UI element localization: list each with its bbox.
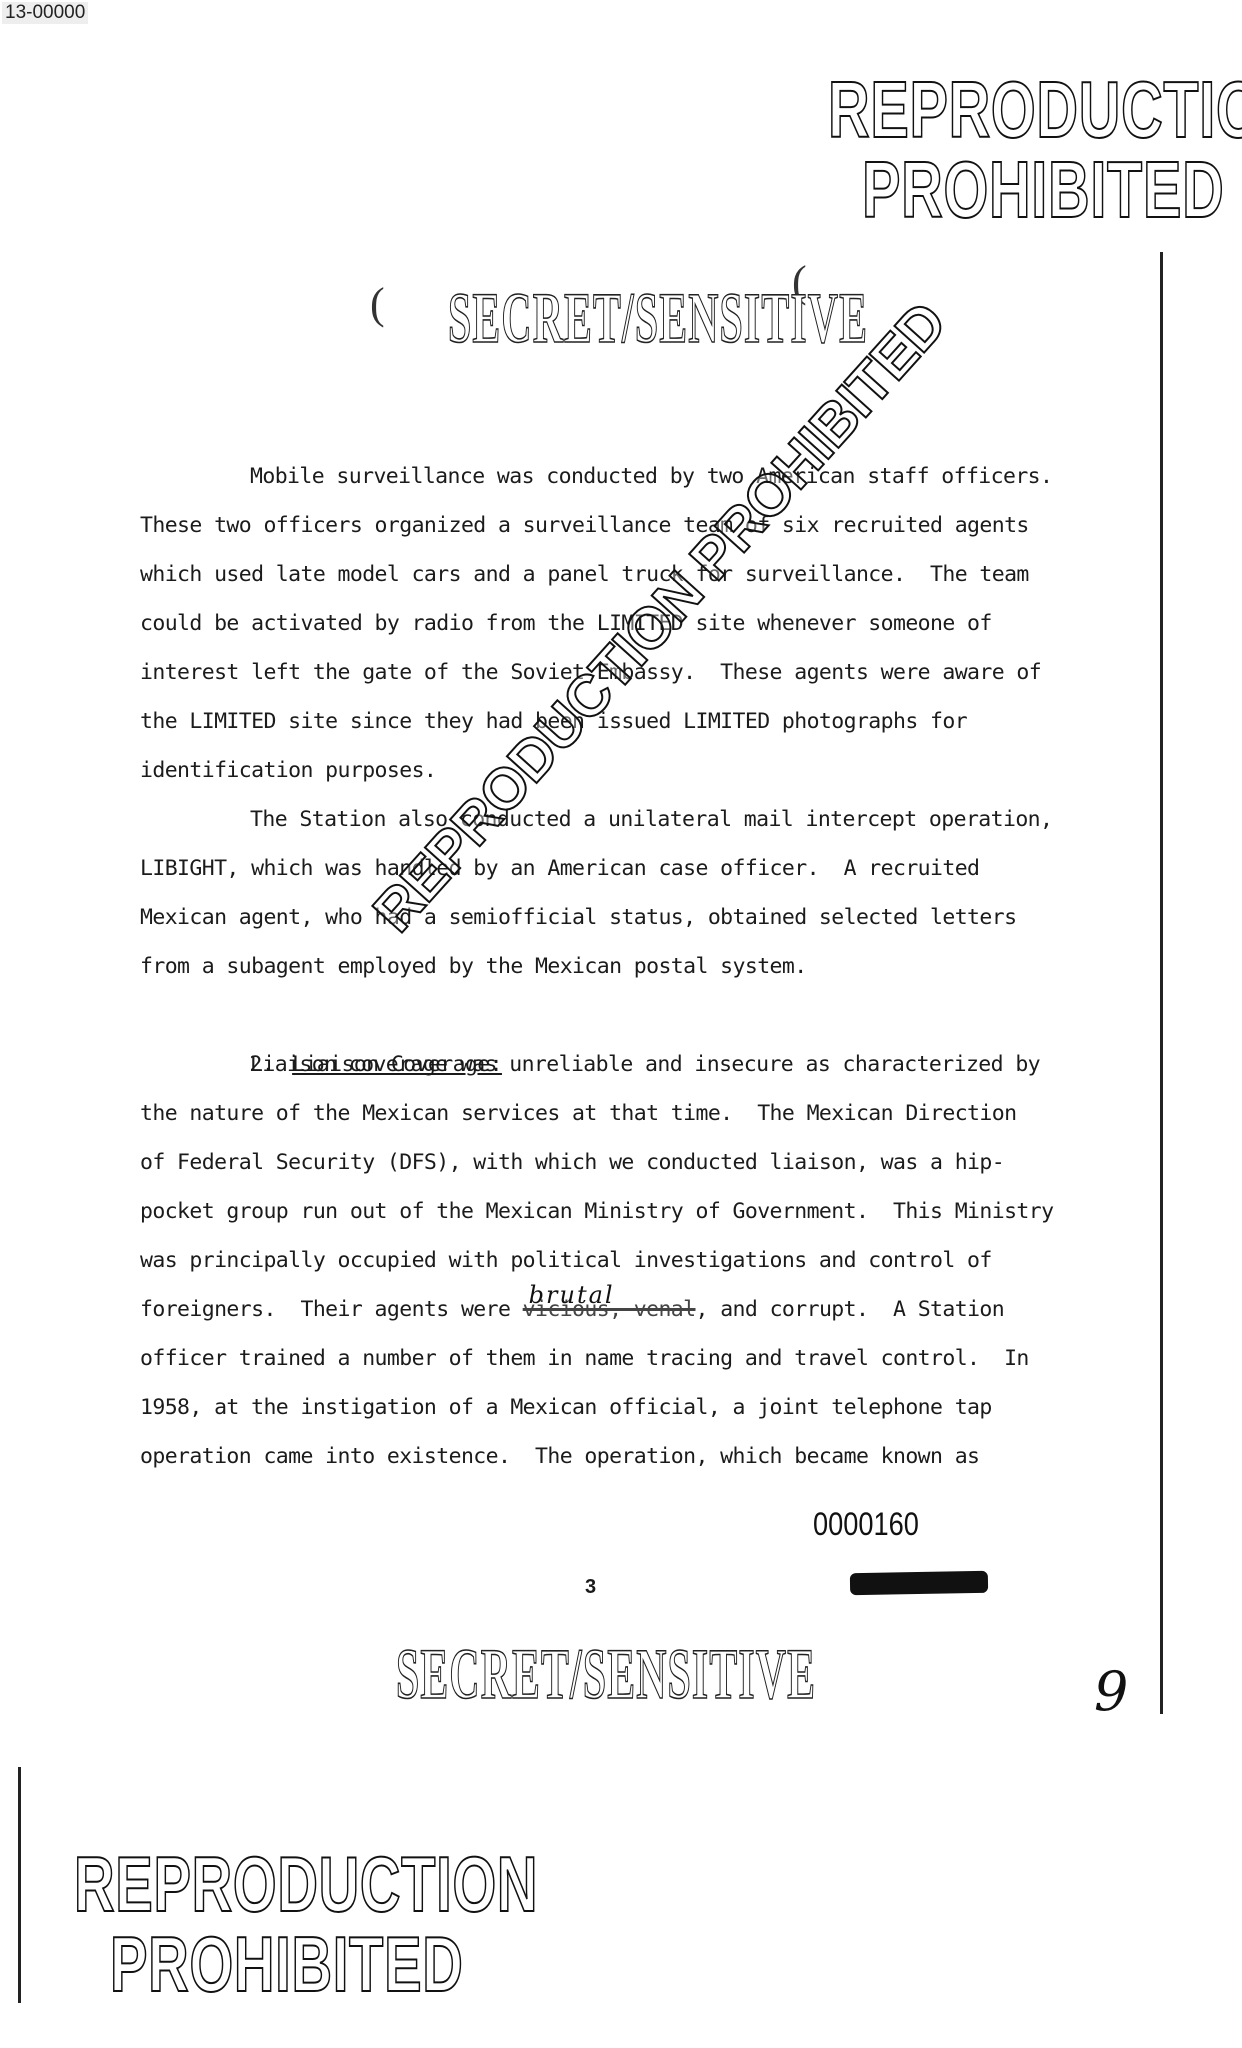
body-line: The Station also conducted a unilateral … xyxy=(140,795,1080,844)
classification-footer: SECRET/SENSITIVE xyxy=(396,1638,816,1710)
margin-line-right xyxy=(1160,252,1163,1714)
reproduction-stamp-bottom-line1: REPRODUCTION xyxy=(74,1845,538,1923)
bates-number: 0000160 xyxy=(813,1506,919,1543)
struck-text: brutalvicious, venal xyxy=(523,1297,696,1322)
margin-line-left xyxy=(18,1767,21,2003)
body-line: officer trained a number of them in name… xyxy=(140,1334,1080,1383)
body-line: the nature of the Mexican services at th… xyxy=(140,1089,1080,1138)
body-line: 1958, at the instigation of a Mexican of… xyxy=(140,1383,1080,1432)
document-body: Mobile surveillance was conducted by two… xyxy=(140,452,1080,1481)
reproduction-stamp-bottom-line2: PROHIBITED xyxy=(110,1925,464,2003)
edit-prefix: foreigners. Their agents were xyxy=(140,1297,523,1322)
body-line: pocket group run out of the Mexican Mini… xyxy=(140,1187,1080,1236)
mark-paren: ( xyxy=(370,278,385,329)
body-line: LIBIGHT, which was handled by an America… xyxy=(140,844,1080,893)
page-number: 3 xyxy=(585,1576,596,1599)
body-line: identification purposes. xyxy=(140,746,1080,795)
section-heading: 2.Liaison Coverage: xyxy=(140,991,1080,1040)
document-id: 13-00000 xyxy=(2,2,88,24)
body-line: Mexican agent, who had a semiofficial st… xyxy=(140,893,1080,942)
reproduction-stamp-top-line2: PROHIBITED xyxy=(862,150,1224,230)
classification-header: SECRET/SENSITIVE xyxy=(448,282,868,354)
body-line: Liaison coverage was unreliable and inse… xyxy=(140,1040,1080,1089)
body-line: Mobile surveillance was conducted by two… xyxy=(140,452,1080,501)
reproduction-stamp-top-line1: REPRODUCTION xyxy=(828,70,1242,150)
edit-suffix: , and corrupt. A Station xyxy=(696,1297,1005,1322)
handwritten-page-number: 9 xyxy=(1094,1660,1128,1723)
body-line: of Federal Security (DFS), with which we… xyxy=(140,1138,1080,1187)
handwritten-correction: brutal xyxy=(529,1271,615,1320)
body-line: from a subagent employed by the Mexican … xyxy=(140,942,1080,991)
body-line: These two officers organized a surveilla… xyxy=(140,501,1080,550)
body-line: operation came into existence. The opera… xyxy=(140,1432,1080,1481)
edited-line: foreigners. Their agents were brutalvici… xyxy=(140,1285,1080,1334)
body-line: which used late model cars and a panel t… xyxy=(140,550,1080,599)
redaction-bar xyxy=(850,1571,988,1595)
